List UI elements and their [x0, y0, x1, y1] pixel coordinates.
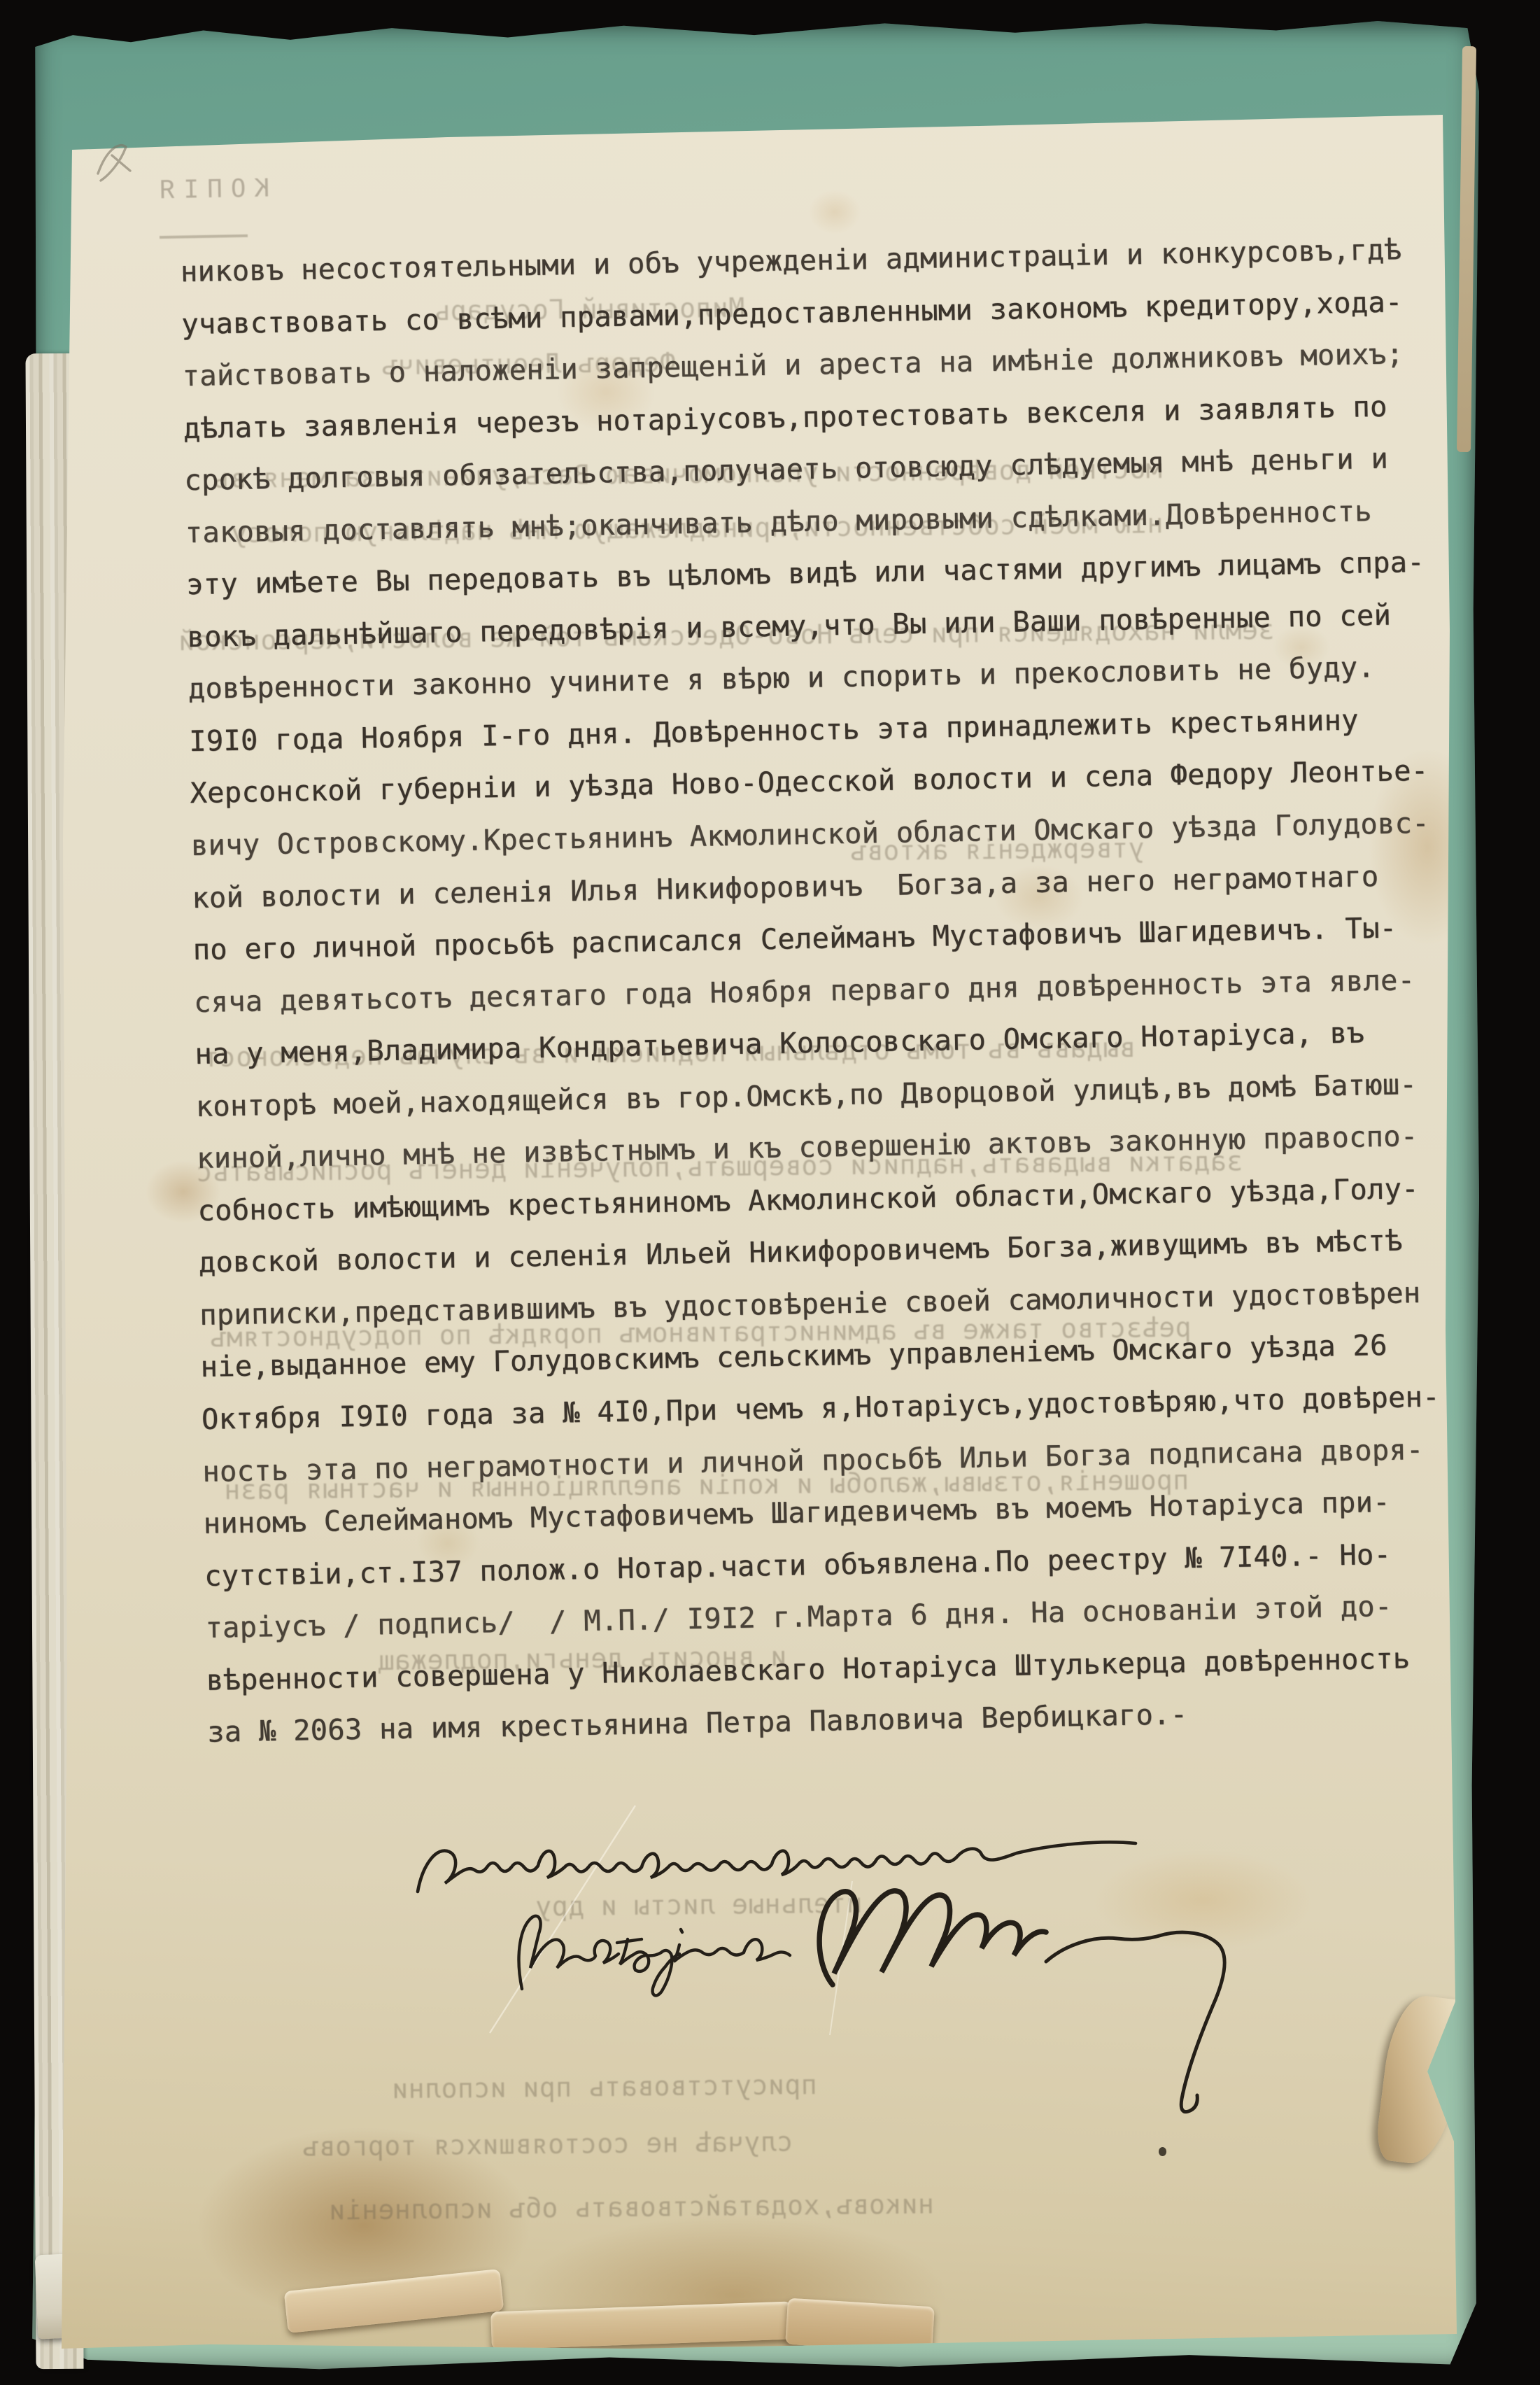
- crease-line: [490, 1806, 635, 2033]
- scanned-document-photo: Милостивый ГосударьФедоръ Леонтьевичъмос…: [0, 0, 1540, 2385]
- signature-tail: [1046, 1932, 1224, 2111]
- pencil-mark: [98, 146, 130, 181]
- certification-signature: [418, 1842, 1136, 1892]
- handwriting-overlay: [0, 0, 1540, 2385]
- notary-word-handwritten: [519, 1916, 790, 1996]
- signature-flourish: [819, 1891, 1046, 1985]
